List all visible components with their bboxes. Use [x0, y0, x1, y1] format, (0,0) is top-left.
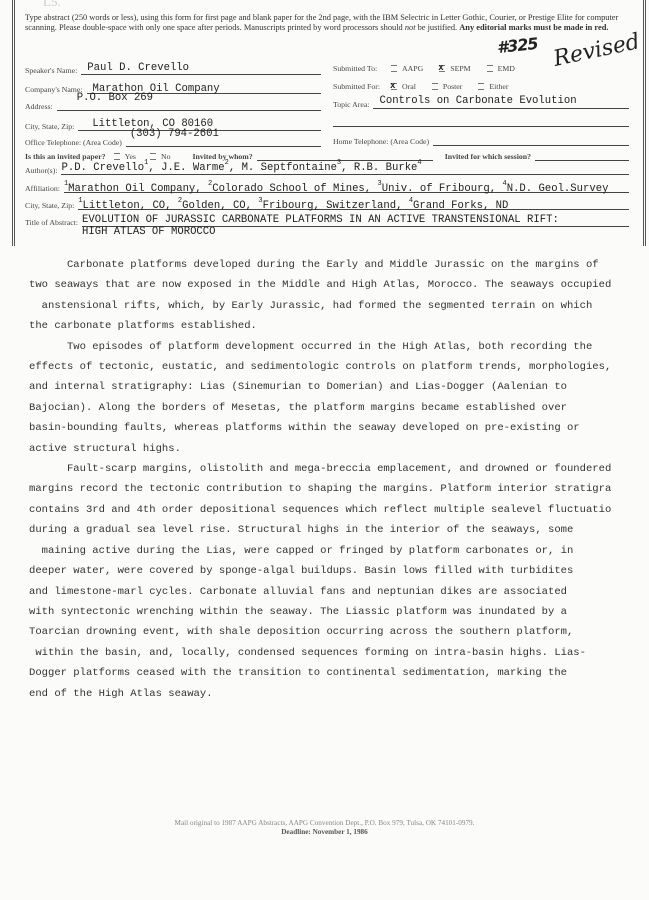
abstract-line: Fault-scarp margins, olistolith and mega… — [29, 459, 649, 479]
affiliation-list: 1Marathon Oil Company, 2Colorado School … — [64, 183, 609, 195]
submitted-for-oral[interactable]: Oral — [391, 82, 416, 91]
abstract-line: and limestone-marl cycles. Carbonate all… — [29, 582, 649, 602]
invited-session-field[interactable] — [535, 151, 629, 161]
abstract-line: anstensional rifts, which, by Early Jura… — [29, 296, 649, 316]
authors-list: P.D. Crevello1, J.E. Warme2, M. Septfont… — [61, 162, 421, 174]
abstract-line: the carbonate platforms established. — [29, 316, 649, 336]
abstract-line: contains 3rd and 4th order depositional … — [29, 500, 649, 520]
submitted-to-row: Submitted To: AAPG SEPM EMD — [333, 64, 531, 73]
locations-list: 1Littleton, CO, 2Golden, CO, 3Fribourg, … — [78, 200, 508, 212]
abstract-line: two seaways that are now exposed in the … — [29, 275, 649, 295]
abstract-line: within the basin, and, locally, condense… — [29, 643, 649, 663]
topic-area-field-2[interactable] — [333, 114, 629, 127]
abstract-line: effects of tectonic, eustatic, and sedim… — [29, 357, 649, 377]
abstract-body: Carbonate platforms developed during the… — [29, 255, 649, 704]
abstract-line: during a gradual sea level rise. Structu… — [29, 520, 649, 540]
mailing-instructions: Mail original to 1987 AAPG Abstracts, AA… — [0, 819, 649, 828]
office-phone-row: Office Telephone: (Area Code) (303) 794-… — [25, 134, 321, 147]
abstract-line: maining active during the Lias, were cap… — [29, 541, 649, 561]
page-mark: L5. — [43, 0, 61, 10]
checkbox-icon[interactable] — [432, 83, 438, 90]
submitted-for-either[interactable]: Either — [478, 82, 508, 91]
abstract-line: and internal stratigraphy: Lias (Sinemur… — [29, 377, 649, 397]
topic-area-row: Topic Area: Controls on Carbonate Evolut… — [333, 96, 629, 109]
address-field[interactable]: P.O. Box 269 — [57, 98, 321, 111]
title-field[interactable]: EVOLUTION OF JURASSIC CARBONATE PLATFORM… — [82, 214, 629, 227]
abstract-line: Two episodes of platform development occ… — [29, 337, 649, 357]
abstract-line: Dogger platforms ceased with the transit… — [29, 663, 649, 683]
checkbox-icon[interactable] — [150, 153, 156, 160]
deadline: Deadline: November 1, 1986 — [0, 828, 649, 837]
abstract-line: Bajocian). Along the borders of Mesetas,… — [29, 398, 649, 418]
checkbox-icon[interactable] — [478, 83, 484, 90]
authors-field[interactable]: P.D. Crevello1, J.E. Warme2, M. Septfont… — [61, 162, 629, 175]
abstract-line: margins record the tectonic contribution… — [29, 479, 649, 499]
topic-area-row-2 — [333, 114, 629, 127]
invited-row: Is this an invited paper? Yes No Invited… — [25, 151, 629, 161]
abstract-line: basin-bounding faults, whereas platforms… — [29, 418, 649, 438]
speaker-name-field[interactable]: Paul D. Crevello — [81, 62, 321, 75]
abstract-line: active structural highs. — [29, 439, 649, 459]
locations-row: City, State, Zip: 1Littleton, CO, 2Golde… — [25, 197, 629, 210]
abstract-line: with syntectonic wrenching within the se… — [29, 602, 649, 622]
submitted-for-row: Submitted For: Oral Poster Either — [333, 82, 524, 91]
checkbox-icon[interactable] — [391, 65, 397, 72]
checkbox-icon[interactable] — [114, 153, 120, 160]
company-name-row: Company's Name: Marathon Oil Company — [25, 81, 321, 94]
home-phone-field[interactable] — [433, 133, 629, 146]
checkbox-checked-icon[interactable] — [391, 83, 397, 90]
abstract-line: deeper water, were covered by sponge-alg… — [29, 561, 649, 581]
submitted-to-aapg[interactable]: AAPG — [391, 64, 423, 73]
office-phone-field[interactable]: (303) 794-2601 — [126, 134, 321, 147]
locations-field[interactable]: 1Littleton, CO, 2Golden, CO, 3Fribourg, … — [78, 197, 629, 210]
abstract-line: end of the High Atlas seaway. — [29, 684, 649, 704]
checkbox-checked-icon[interactable] — [439, 65, 445, 72]
affiliation-field[interactable]: 1Marathon Oil Company, 2Colorado School … — [64, 180, 629, 193]
affiliation-row: Affiliation: 1Marathon Oil Company, 2Col… — [25, 180, 649, 193]
abstract-line: Carbonate platforms developed during the… — [29, 255, 649, 275]
authors-row: Author(s): P.D. Crevello1, J.E. Warme2, … — [25, 162, 629, 175]
form-footer: Mail original to 1987 AAPG Abstracts, AA… — [0, 819, 649, 837]
invited-yes[interactable]: Yes — [114, 152, 140, 161]
address-row: Address: P.O. Box 269 — [25, 98, 321, 111]
checkbox-icon[interactable] — [487, 65, 493, 72]
submitted-for-poster[interactable]: Poster — [432, 82, 463, 91]
speaker-name-row: Speaker's Name: Paul D. Crevello — [25, 62, 321, 75]
home-phone-row: Home Telephone: (Area Code) — [333, 133, 629, 146]
invited-no[interactable]: No — [150, 152, 175, 161]
abstract-line: Toarcian drowning event, with shale depo… — [29, 622, 649, 642]
submitted-to-emd[interactable]: EMD — [487, 64, 515, 73]
form-instructions: Type abstract (250 words or less), using… — [25, 13, 637, 32]
topic-area-field[interactable]: Controls on Carbonate Evolution — [373, 96, 629, 109]
submitted-to-sepm[interactable]: SEPM — [439, 64, 470, 73]
title-row: Title of Abstract: EVOLUTION OF JURASSIC… — [25, 214, 629, 227]
invited-by-whom-field[interactable] — [257, 151, 433, 161]
